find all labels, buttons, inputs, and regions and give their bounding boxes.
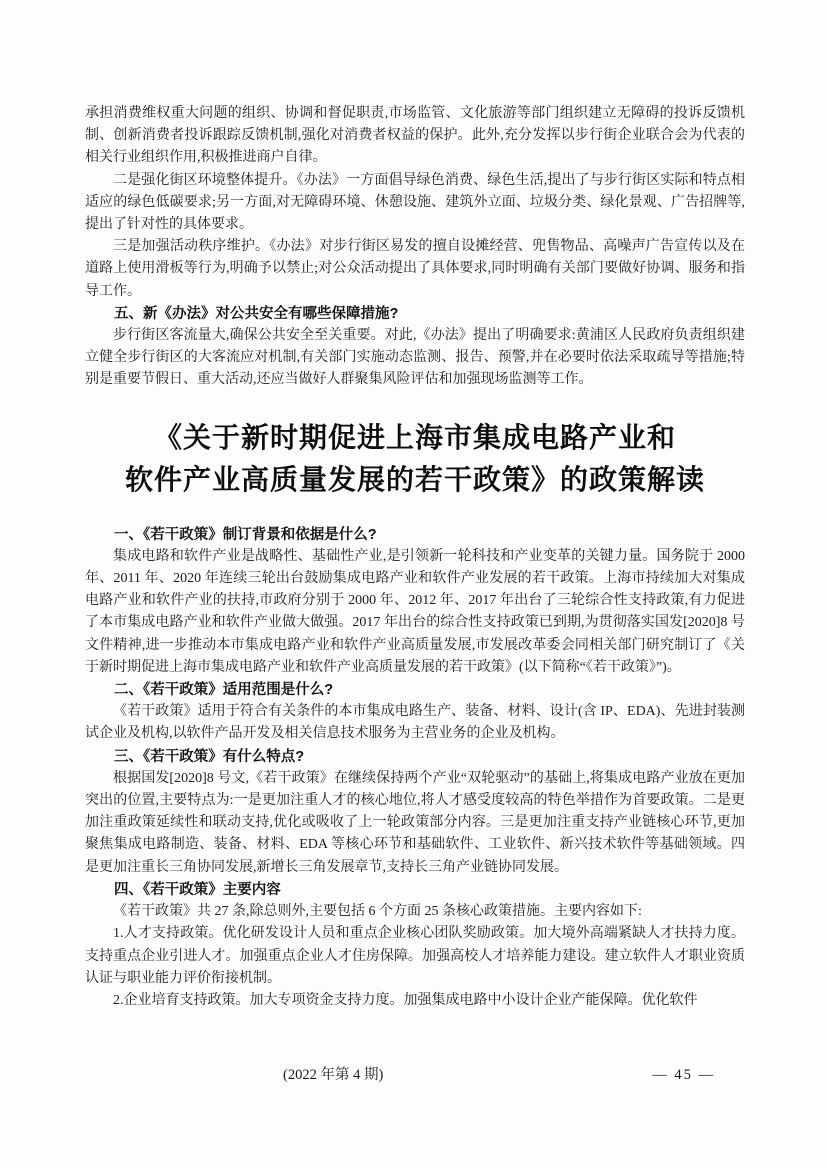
- question-heading-five: 五、新《办法》对公共安全有哪些保障措施?: [85, 303, 745, 325]
- page-footer: (2022 年第 4 期) — 45 —: [85, 1064, 745, 1088]
- section-four: 四、《若干政策》主要内容 《若干政策》共 27 条,除总则外,主要包括 6 个方…: [85, 879, 745, 1012]
- section-one-heading: 一、《若干政策》制订背景和依据是什么?: [85, 524, 745, 546]
- section-three-heading: 三、《若干政策》有什么特点?: [85, 746, 745, 768]
- section-three: 三、《若干政策》有什么特点? 根据国发[2020]8 号文,《若干政策》在继续保…: [85, 746, 745, 879]
- article-title: 《关于新时期促进上海市集成电路产业和 软件产业高质量发展的若干政策》的政策解读: [85, 418, 745, 502]
- section-two-paragraph: 《若干政策》适用于符合有关条件的本市集成电路生产、装备、材料、设计(含 IP、E…: [85, 701, 745, 745]
- continuation-paragraph: 承担消费维权重大问题的组织、协调和督促职责,市场监管、文化旅游等部门组织建立无障…: [85, 103, 745, 170]
- issue-label: (2022 年第 4 期): [283, 1064, 383, 1086]
- section-one-paragraph: 集成电路和软件产业是战略性、基础性产业,是引领新一轮科技和产业变革的关键力量。国…: [85, 546, 745, 679]
- document-page: 承担消费维权重大问题的组织、协调和督促职责,市场监管、文化旅游等部门组织建立无障…: [0, 0, 827, 1170]
- section-four-heading: 四、《若干政策》主要内容: [85, 879, 745, 901]
- paragraph-point-three: 三是加强活动秩序维护。《办法》对步行街区易发的擅自设摊经营、兜售物品、高噪声广告…: [85, 236, 745, 303]
- page-number: — 45 —: [652, 1064, 715, 1086]
- section-four-item-two-paragraph: 2.企业培育支持政策。加大专项资金支持力度。加强集成电路中小设计企业产能保障。优…: [85, 990, 745, 1012]
- article-title-line-1: 《关于新时期促进上海市集成电路产业和: [85, 418, 745, 460]
- article-title-line-2: 软件产业高质量发展的若干政策》的政策解读: [85, 460, 745, 502]
- page-content: 承担消费维权重大问题的组织、协调和督促职责,市场监管、文化旅游等部门组织建立无障…: [85, 103, 745, 1012]
- section-two: 二、《若干政策》适用范围是什么? 《若干政策》适用于符合有关条件的本市集成电路生…: [85, 679, 745, 746]
- answer-paragraph-five: 步行街区客流量大,确保公共安全至关重要。对此,《办法》提出了明确要求:黄浦区人民…: [85, 325, 745, 392]
- paragraph-point-two: 二是强化街区环境整体提升。《办法》一方面倡导绿色消费、绿色生活,提出了与步行街区…: [85, 170, 745, 237]
- section-one: 一、《若干政策》制订背景和依据是什么? 集成电路和软件产业是战略性、基础性产业,…: [85, 524, 745, 679]
- section-three-paragraph: 根据国发[2020]8 号文,《若干政策》在继续保持两个产业“双轮驱动”的基础上…: [85, 768, 745, 879]
- section-four-intro-paragraph: 《若干政策》共 27 条,除总则外,主要包括 6 个方面 25 条核心政策措施。…: [85, 901, 745, 923]
- section-four-item-one-paragraph: 1.人才支持政策。优化研发设计人员和重点企业核心团队奖励政策。加大境外高端紧缺人…: [85, 923, 745, 990]
- section-two-heading: 二、《若干政策》适用范围是什么?: [85, 679, 745, 701]
